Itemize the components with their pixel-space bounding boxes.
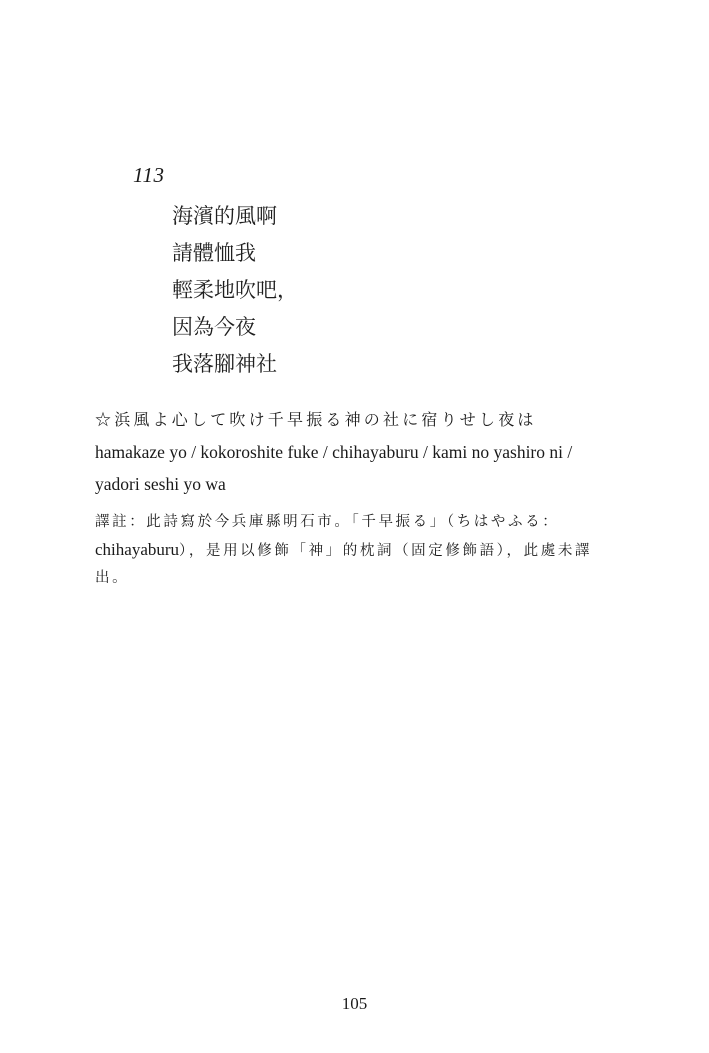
note-text: ），是用以修飾「神」的枕詞（固定修飾語），此處未譯: [179, 543, 592, 559]
poem-translation: 海濱的風啊 請體恤我 輕柔地吹吧， 因為今夜 我落腳神社: [172, 198, 298, 383]
page-number: 105: [0, 994, 709, 1014]
poem-line: 我落腳神社: [172, 346, 298, 383]
note-line: chihayaburu），是用以修飾「神」的枕詞（固定修飾語），此處未譯: [95, 536, 635, 565]
note-line: 出。: [95, 565, 635, 592]
poem-line: 海濱的風啊: [172, 198, 298, 235]
romaji-line: yadori seshi yo wa: [95, 468, 635, 500]
translator-note: 譯註：此詩寫於今兵庫縣明石市。「千早振る」（ちはやふる： chihayaburu…: [95, 509, 635, 592]
original-japanese-poem: ☆浜風よ心して吹け千早振る神の社に宿りせし夜は: [95, 407, 537, 430]
romaji-transliteration: hamakaze yo / kokoroshite fuke / chihaya…: [95, 436, 635, 500]
poem-line: 因為今夜: [172, 309, 298, 346]
note-line: 譯註：此詩寫於今兵庫縣明石市。「千早振る」（ちはやふる：: [95, 509, 635, 536]
poem-number: 113: [133, 163, 164, 188]
poem-line: 請體恤我: [172, 235, 298, 272]
poem-line: 輕柔地吹吧，: [172, 272, 298, 309]
note-latin-term: chihayaburu: [95, 540, 179, 559]
romaji-line: hamakaze yo / kokoroshite fuke / chihaya…: [95, 436, 635, 468]
